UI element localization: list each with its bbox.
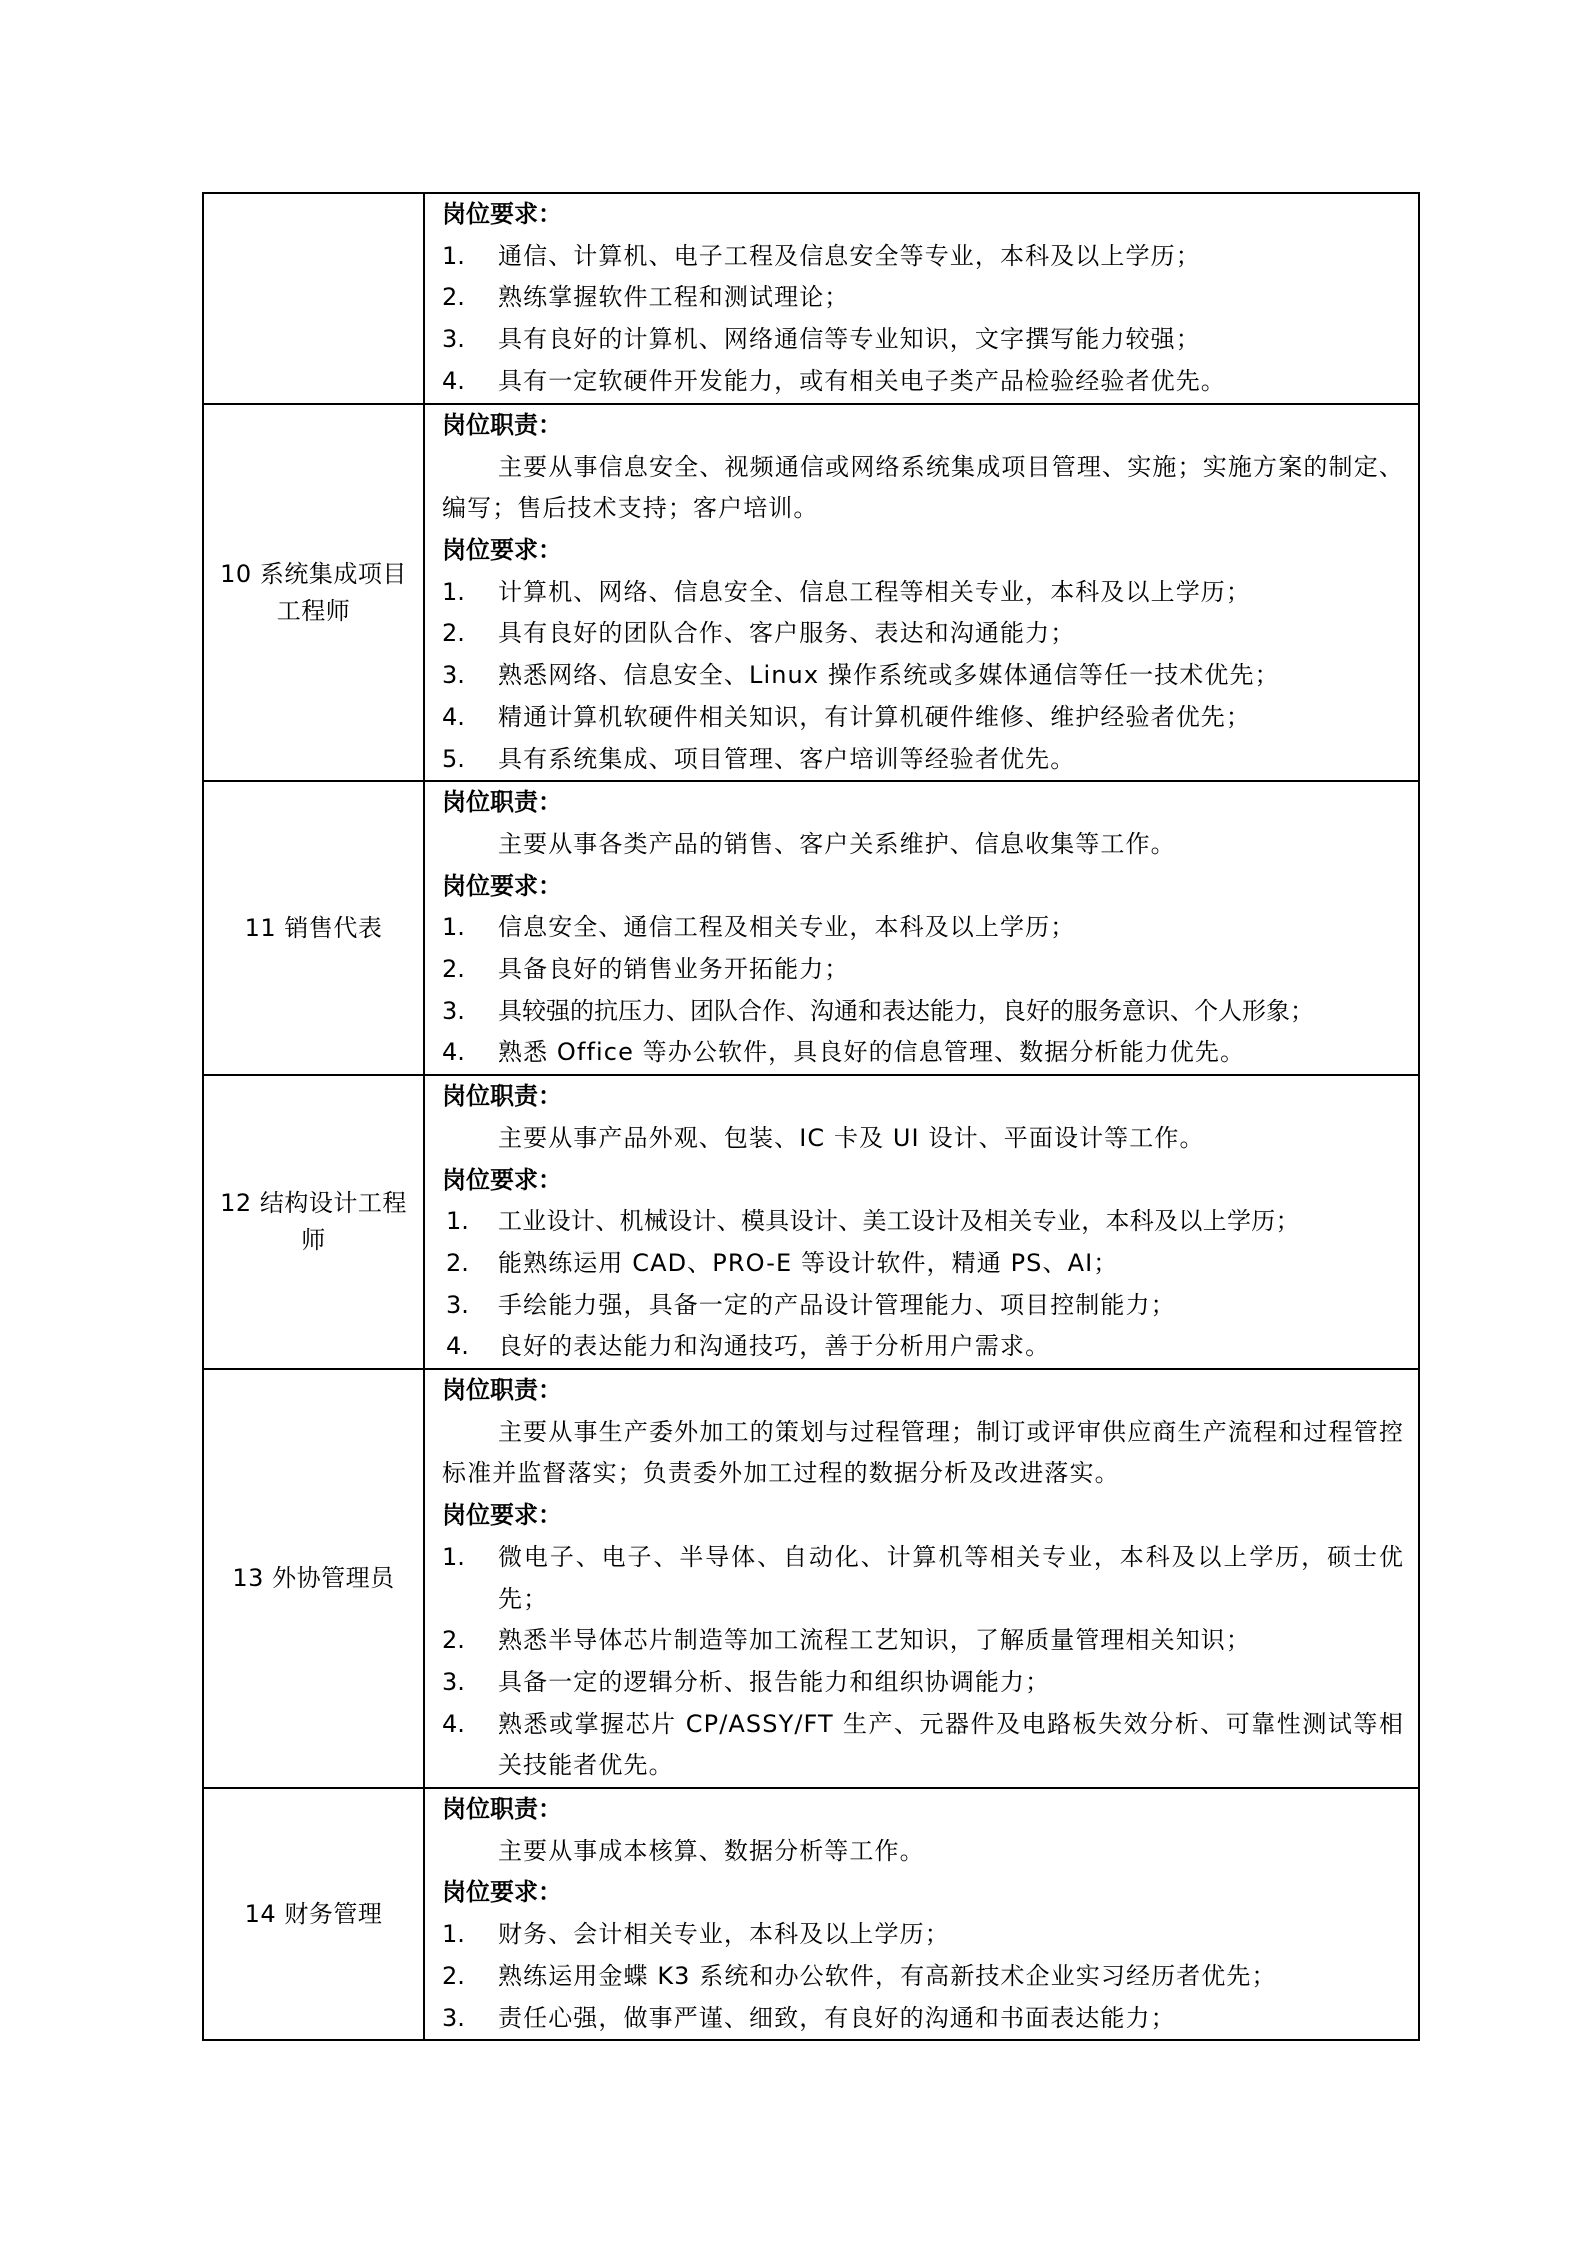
list-number: 1. <box>442 1914 465 1956</box>
list-item: 4.熟悉 Office 等办公软件，具良好的信息管理、数据分析能力优先。 <box>442 1032 1404 1074</box>
table-row: 岗位要求： 1.通信、计算机、电子工程及信息安全等专业，本科及以上学历； 2.熟… <box>203 193 1419 404</box>
job-title-cell: 11 销售代表 <box>203 781 424 1075</box>
list-number: 4. <box>442 1032 465 1074</box>
requirements-list: 1.计算机、网络、信息安全、信息工程等相关专业，本科及以上学历； 2.具有良好的… <box>442 572 1404 781</box>
requirements-heading: 岗位要求： <box>442 1160 1404 1202</box>
list-item: 1.计算机、网络、信息安全、信息工程等相关专业，本科及以上学历； <box>442 572 1404 614</box>
list-text: 良好的表达能力和沟通技巧，善于分析用户需求。 <box>498 1332 1050 1360</box>
job-requirements-table: 岗位要求： 1.通信、计算机、电子工程及信息安全等专业，本科及以上学历； 2.熟… <box>202 192 1420 2041</box>
list-item: 5.具有系统集成、项目管理、客户培训等经验者优先。 <box>442 739 1404 781</box>
table-row: 10 系统集成项目工程师 岗位职责： 主要从事信息安全、视频通信或网络系统集成项… <box>203 404 1419 781</box>
requirements-heading: 岗位要求： <box>442 1872 1404 1914</box>
list-number: 3. <box>442 655 465 697</box>
requirements-list: 1.信息安全、通信工程及相关专业，本科及以上学历； 2.具备良好的销售业务开拓能… <box>442 907 1404 1074</box>
list-number: 2. <box>446 1243 469 1285</box>
list-item: 3.具备一定的逻辑分析、报告能力和组织协调能力； <box>442 1662 1404 1704</box>
table-row: 11 销售代表 岗位职责： 主要从事各类产品的销售、客户关系维护、信息收集等工作… <box>203 781 1419 1075</box>
list-text: 熟练运用金蝶 K3 系统和办公软件，有高新技术企业实习经历者优先； <box>498 1962 1277 1990</box>
list-item: 4.良好的表达能力和沟通技巧，善于分析用户需求。 <box>442 1326 1404 1368</box>
list-item: 1.财务、会计相关专业，本科及以上学历； <box>442 1914 1404 1956</box>
job-title: 10 系统集成项目工程师 <box>220 560 407 625</box>
list-item: 3.责任心强，做事严谨、细致，有良好的沟通和书面表达能力； <box>442 1998 1404 2040</box>
list-text: 熟悉网络、信息安全、Linux 操作系统或多媒体通信等任一技术优先； <box>498 661 1280 689</box>
job-title-cell: 13 外协管理员 <box>203 1369 424 1788</box>
list-text: 计算机、网络、信息安全、信息工程等相关专业，本科及以上学历； <box>498 578 1251 606</box>
job-detail-cell: 岗位职责： 主要从事成本核算、数据分析等工作。 岗位要求： 1.财务、会计相关专… <box>424 1788 1419 2040</box>
list-item: 4.具有一定软硬件开发能力，或有相关电子类产品检验经验者优先。 <box>442 361 1404 403</box>
list-text: 工业设计、机械设计、模具设计、美工设计及相关专业，本科及以上学历； <box>498 1207 1300 1235</box>
list-text: 通信、计算机、电子工程及信息安全等专业，本科及以上学历； <box>498 242 1201 270</box>
job-title: 14 财务管理 <box>245 1900 383 1928</box>
job-title-cell <box>203 193 424 404</box>
list-text: 熟悉 Office 等办公软件，具良好的信息管理、数据分析能力优先。 <box>498 1038 1245 1066</box>
list-number: 2. <box>442 277 465 319</box>
list-text: 熟练掌握软件工程和测试理论； <box>498 283 849 311</box>
document-page: 岗位要求： 1.通信、计算机、电子工程及信息安全等专业，本科及以上学历； 2.熟… <box>0 0 1587 2245</box>
table-row: 12 结构设计工程师 岗位职责： 主要从事产品外观、包装、IC 卡及 UI 设计… <box>203 1075 1419 1369</box>
duties-text: 主要从事成本核算、数据分析等工作。 <box>442 1831 1404 1873</box>
list-text: 具有良好的计算机、网络通信等专业知识，文字撰写能力较强； <box>498 325 1201 353</box>
requirements-heading: 岗位要求： <box>442 530 1404 572</box>
list-number: 4. <box>446 1326 469 1368</box>
list-number: 1. <box>446 1201 469 1243</box>
list-text: 具有良好的团队合作、客户服务、表达和沟通能力； <box>498 619 1075 647</box>
job-detail-cell: 岗位职责： 主要从事信息安全、视频通信或网络系统集成项目管理、实施；实施方案的制… <box>424 404 1419 781</box>
requirements-heading: 岗位要求： <box>442 866 1404 908</box>
list-number: 1. <box>442 1537 465 1579</box>
list-item: 1.工业设计、机械设计、模具设计、美工设计及相关专业，本科及以上学历； <box>442 1201 1404 1243</box>
list-text: 精通计算机软硬件相关知识，有计算机硬件维修、维护经验者优先； <box>498 703 1251 731</box>
list-text: 财务、会计相关专业，本科及以上学历； <box>498 1920 950 1948</box>
list-item: 4.精通计算机软硬件相关知识，有计算机硬件维修、维护经验者优先； <box>442 697 1404 739</box>
list-text: 具有系统集成、项目管理、客户培训等经验者优先。 <box>498 745 1075 773</box>
requirements-list: 1.微电子、电子、半导体、自动化、计算机等相关专业，本科及以上学历，硕士优先； … <box>442 1537 1404 1787</box>
list-item: 3.熟悉网络、信息安全、Linux 操作系统或多媒体通信等任一技术优先； <box>442 655 1404 697</box>
job-title-cell: 14 财务管理 <box>203 1788 424 2040</box>
list-number: 1. <box>442 907 465 949</box>
list-item: 4.熟悉或掌握芯片 CP/ASSY/FT 生产、元器件及电路板失效分析、可靠性测… <box>442 1704 1404 1787</box>
list-number: 3. <box>442 991 465 1033</box>
list-number: 3. <box>446 1285 469 1327</box>
list-text: 具较强的抗压力、团队合作、沟通和表达能力，良好的服务意识、个人形象； <box>498 997 1314 1025</box>
requirements-list: 1.通信、计算机、电子工程及信息安全等专业，本科及以上学历； 2.熟练掌握软件工… <box>442 236 1404 403</box>
job-detail-cell: 岗位职责： 主要从事生产委外加工的策划与过程管理；制订或评审供应商生产流程和过程… <box>424 1369 1419 1788</box>
duties-heading: 岗位职责： <box>442 405 1404 447</box>
duties-text: 主要从事生产委外加工的策划与过程管理；制订或评审供应商生产流程和过程管控标准并监… <box>442 1412 1404 1495</box>
list-item: 2.能熟练运用 CAD、PRO-E 等设计软件，精通 PS、AI； <box>442 1243 1404 1285</box>
list-text: 手绘能力强，具备一定的产品设计管理能力、项目控制能力； <box>498 1291 1176 1319</box>
list-text: 具备良好的销售业务开拓能力； <box>498 955 849 983</box>
list-number: 4. <box>442 361 465 403</box>
list-number: 2. <box>442 613 465 655</box>
list-item: 1.通信、计算机、电子工程及信息安全等专业，本科及以上学历； <box>442 236 1404 278</box>
list-item: 3.具有良好的计算机、网络通信等专业知识，文字撰写能力较强； <box>442 319 1404 361</box>
list-item: 1.信息安全、通信工程及相关专业，本科及以上学历； <box>442 907 1404 949</box>
table-row: 13 外协管理员 岗位职责： 主要从事生产委外加工的策划与过程管理；制订或评审供… <box>203 1369 1419 1788</box>
list-item: 1.微电子、电子、半导体、自动化、计算机等相关专业，本科及以上学历，硕士优先； <box>442 1537 1404 1620</box>
list-text: 信息安全、通信工程及相关专业，本科及以上学历； <box>498 913 1075 941</box>
list-number: 5. <box>442 739 465 781</box>
job-title: 12 结构设计工程师 <box>220 1189 407 1254</box>
list-number: 4. <box>442 697 465 739</box>
list-number: 1. <box>442 236 465 278</box>
job-title-cell: 10 系统集成项目工程师 <box>203 404 424 781</box>
list-text: 微电子、电子、半导体、自动化、计算机等相关专业，本科及以上学历，硕士优先； <box>498 1543 1404 1613</box>
list-number: 1. <box>442 572 465 614</box>
requirements-heading: 岗位要求： <box>442 194 1404 236</box>
list-item: 2.熟练运用金蝶 K3 系统和办公软件，有高新技术企业实习经历者优先； <box>442 1956 1404 1998</box>
list-item: 2.具有良好的团队合作、客户服务、表达和沟通能力； <box>442 613 1404 655</box>
job-title: 13 外协管理员 <box>232 1564 394 1592</box>
list-text: 能熟练运用 CAD、PRO-E 等设计软件，精通 PS、AI； <box>498 1249 1118 1277</box>
duties-text: 主要从事各类产品的销售、客户关系维护、信息收集等工作。 <box>442 824 1404 866</box>
list-item: 3.具较强的抗压力、团队合作、沟通和表达能力，良好的服务意识、个人形象； <box>442 991 1404 1033</box>
duties-heading: 岗位职责： <box>442 1076 1404 1118</box>
list-number: 3. <box>442 1662 465 1704</box>
duties-heading: 岗位职责： <box>442 1789 1404 1831</box>
list-item: 3.手绘能力强，具备一定的产品设计管理能力、项目控制能力； <box>442 1285 1404 1327</box>
list-number: 3. <box>442 1998 465 2040</box>
duties-heading: 岗位职责： <box>442 1370 1404 1412</box>
list-text: 具有一定软硬件开发能力，或有相关电子类产品检验经验者优先。 <box>498 367 1226 395</box>
requirements-list: 1.工业设计、机械设计、模具设计、美工设计及相关专业，本科及以上学历； 2.能熟… <box>442 1201 1404 1368</box>
list-text: 具备一定的逻辑分析、报告能力和组织协调能力； <box>498 1668 1050 1696</box>
list-text: 熟悉或掌握芯片 CP/ASSY/FT 生产、元器件及电路板失效分析、可靠性测试等… <box>498 1710 1404 1780</box>
duties-text: 主要从事信息安全、视频通信或网络系统集成项目管理、实施；实施方案的制定、编写；售… <box>442 447 1404 530</box>
requirements-list: 1.财务、会计相关专业，本科及以上学历； 2.熟练运用金蝶 K3 系统和办公软件… <box>442 1914 1404 2039</box>
table-row: 14 财务管理 岗位职责： 主要从事成本核算、数据分析等工作。 岗位要求： 1.… <box>203 1788 1419 2040</box>
list-number: 4. <box>442 1704 465 1746</box>
list-item: 2.具备良好的销售业务开拓能力； <box>442 949 1404 991</box>
list-number: 2. <box>442 949 465 991</box>
job-title: 11 销售代表 <box>245 914 383 942</box>
duties-heading: 岗位职责： <box>442 782 1404 824</box>
requirements-heading: 岗位要求： <box>442 1495 1404 1537</box>
list-item: 2.熟悉半导体芯片制造等加工流程工艺知识，了解质量管理相关知识； <box>442 1620 1404 1662</box>
job-detail-cell: 岗位职责： 主要从事产品外观、包装、IC 卡及 UI 设计、平面设计等工作。 岗… <box>424 1075 1419 1369</box>
list-text: 熟悉半导体芯片制造等加工流程工艺知识，了解质量管理相关知识； <box>498 1626 1251 1654</box>
duties-text: 主要从事产品外观、包装、IC 卡及 UI 设计、平面设计等工作。 <box>442 1118 1404 1160</box>
job-detail-cell: 岗位职责： 主要从事各类产品的销售、客户关系维护、信息收集等工作。 岗位要求： … <box>424 781 1419 1075</box>
list-item: 2.熟练掌握软件工程和测试理论； <box>442 277 1404 319</box>
job-title-cell: 12 结构设计工程师 <box>203 1075 424 1369</box>
list-number: 2. <box>442 1956 465 1998</box>
job-detail-cell: 岗位要求： 1.通信、计算机、电子工程及信息安全等专业，本科及以上学历； 2.熟… <box>424 193 1419 404</box>
list-text: 责任心强，做事严谨、细致，有良好的沟通和书面表达能力； <box>498 2004 1176 2032</box>
list-number: 3. <box>442 319 465 361</box>
list-number: 2. <box>442 1620 465 1662</box>
